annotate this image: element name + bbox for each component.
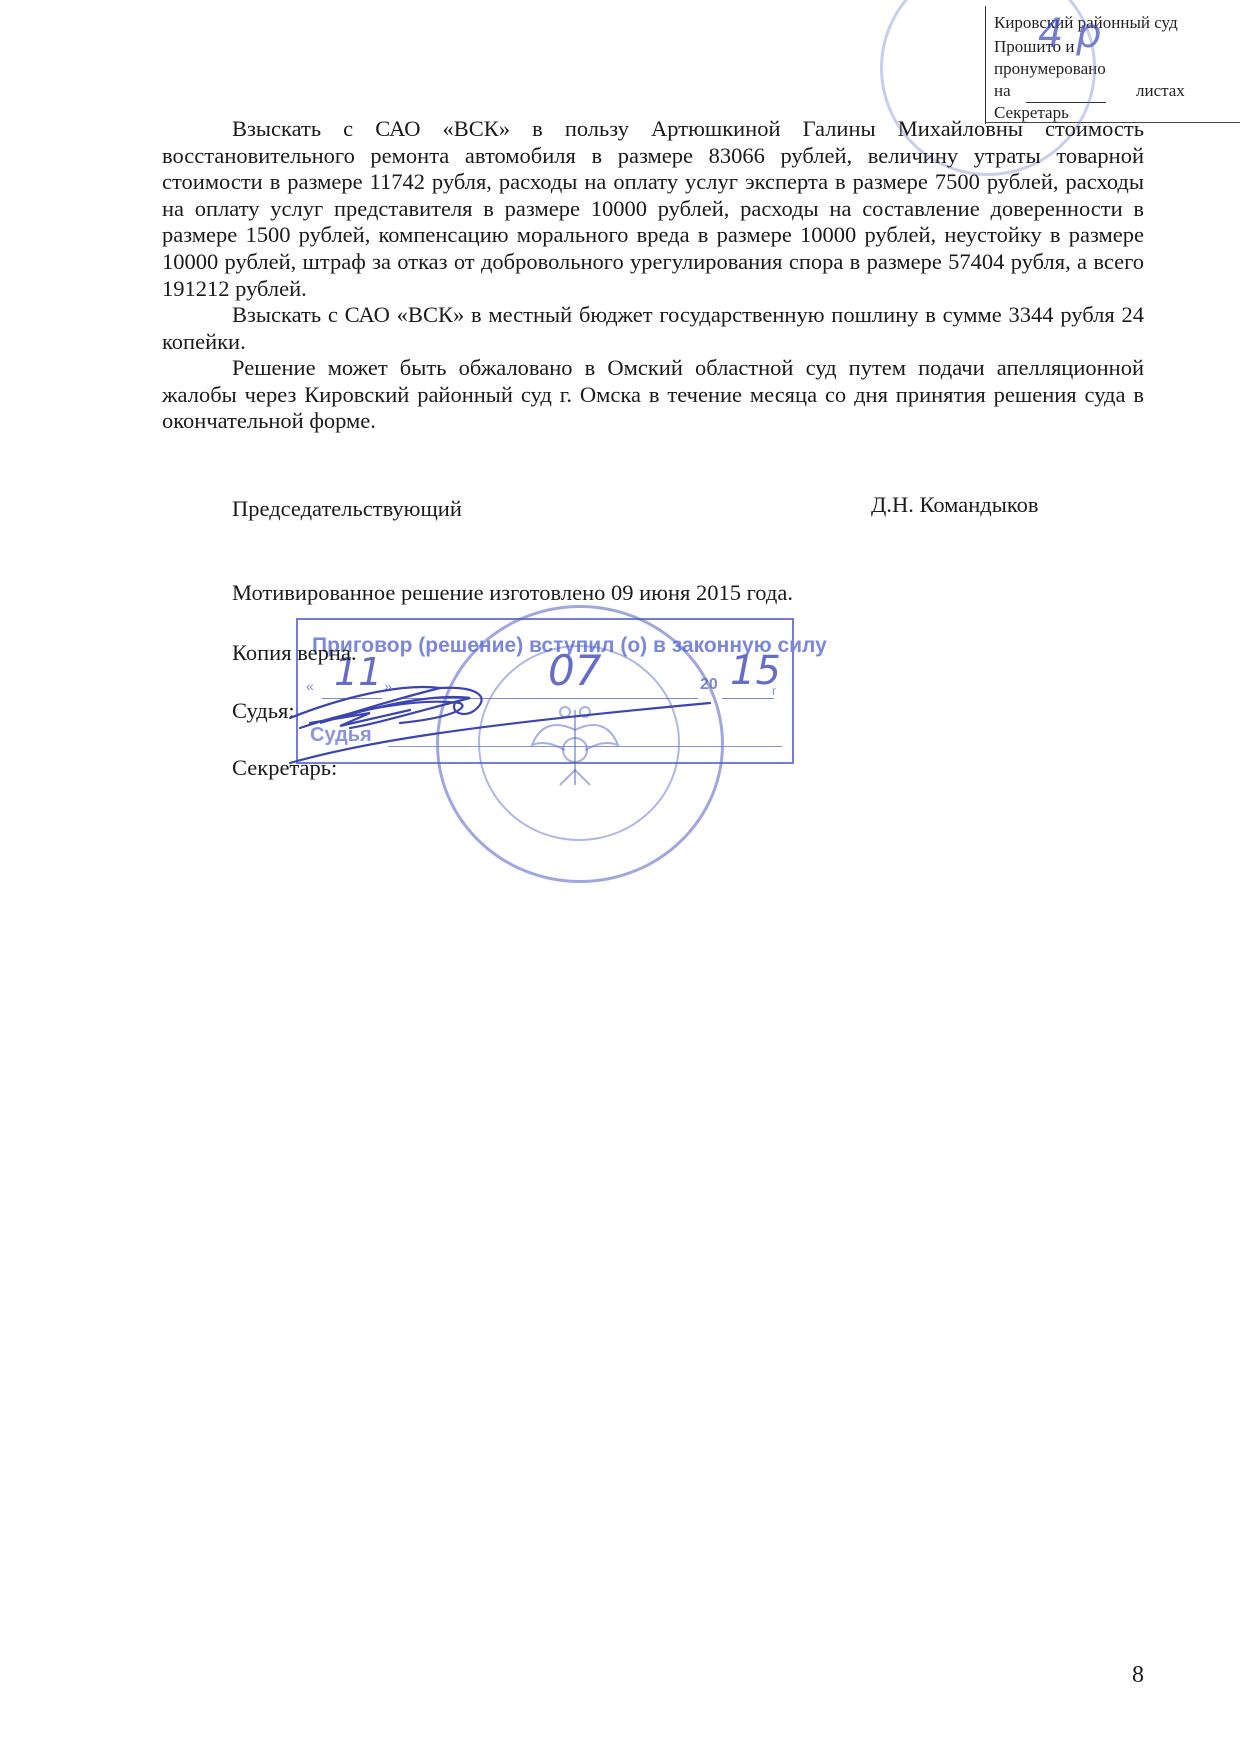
motivated-decision-note: Мотивированное решение изготовлено 09 ию… (232, 580, 793, 606)
paragraph-text: Решение может быть обжаловано в Омский о… (162, 355, 1144, 433)
paragraph-text: Взыскать с САО «ВСК» в пользу Артюшкиной… (162, 116, 1144, 301)
stamp-year-line (722, 698, 774, 699)
paragraph-text: Взыскать с САО «ВСК» в местный бюджет го… (162, 302, 1144, 354)
binding-sheets-label: листах (1136, 80, 1185, 101)
paragraph-state-duty: Взыскать с САО «ВСК» в местный бюджет го… (162, 302, 1144, 355)
paragraph-appeal: Решение может быть обжаловано в Омский о… (162, 355, 1144, 435)
paragraph-recovery-main: Взыскать с САО «ВСК» в пользу Артюшкиной… (162, 116, 1144, 302)
judge-signature-icon (280, 668, 720, 768)
copy-certified-label: Копия верна. (232, 640, 357, 666)
presiding-judge-name: Д.Н. Командыков (871, 492, 1039, 518)
presiding-judge-label: Председательствующий (232, 496, 462, 522)
stamp-handwritten-year: 15 (730, 648, 781, 694)
page-number: 8 (1132, 1662, 1144, 1689)
document-page: Кировский районный суд Прошито и пронуме… (0, 0, 1240, 1753)
